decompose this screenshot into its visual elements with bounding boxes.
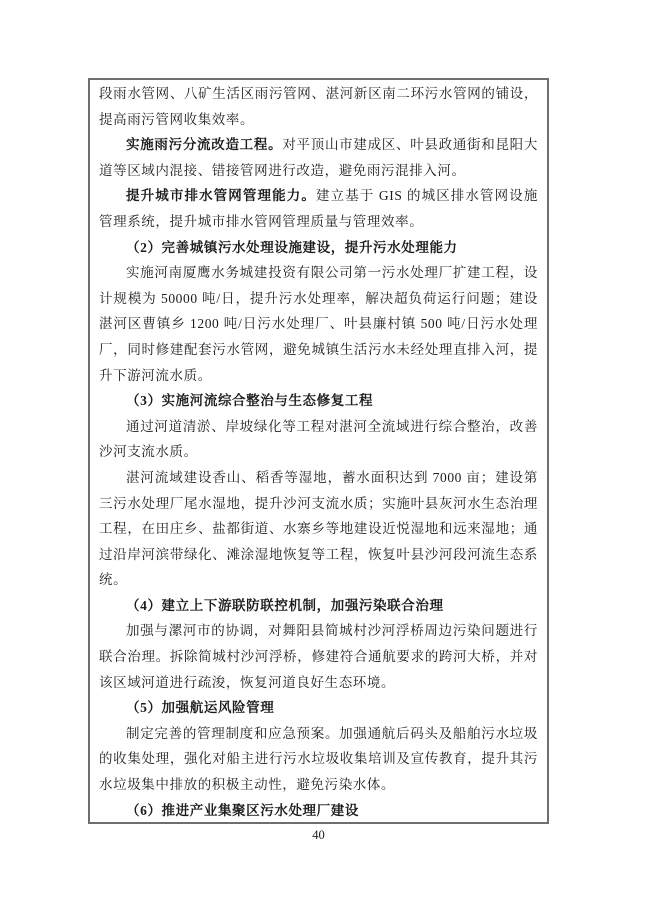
paragraph: 提升城市排水管网管理能力。建立基于 GIS 的城区排水管网设施管理系统，提升城市… bbox=[99, 183, 538, 234]
paragraph-bold-lead: 提升城市排水管网管理能力。 bbox=[126, 188, 316, 203]
section-heading-3: （3）实施河流综合整治与生态修复工程 bbox=[99, 388, 538, 414]
document-table-border: 段雨水管网、八矿生活区雨污管网、湛河新区南二环污水管网的铺设，提高雨污管网收集效… bbox=[88, 78, 549, 824]
section-heading-6: （6）推进产业集聚区污水处理厂建设 bbox=[99, 798, 538, 824]
section-heading-2: （2）完善城镇污水处理设施建设，提升污水处理能力 bbox=[99, 235, 538, 261]
paragraph: 制定完善的管理制度和应急预案。加强通航后码头及船舶污水垃圾的收集处理，强化对船主… bbox=[99, 721, 538, 798]
paragraph: 实施雨污分流改造工程。对平顶山市建成区、叶县政通街和昆阳大道等区域内混接、错接管… bbox=[99, 132, 538, 183]
document-page: 段雨水管网、八矿生活区雨污管网、湛河新区南二环污水管网的铺设，提高雨污管网收集效… bbox=[0, 0, 650, 919]
paragraph: 湛河流域建设香山、稻香等湿地，蓄水面积达到 7000 亩；建设第三污水处理厂尾水… bbox=[99, 465, 538, 593]
page-number: 40 bbox=[88, 828, 549, 843]
paragraph: 加强与漯河市的协调，对舞阳县简城村沙河浮桥周边污染问题进行联合治理。拆除简城村沙… bbox=[99, 618, 538, 695]
paragraph: 叶县产业集聚区内新建 40000 吨/日污水处理厂，解决工业废水进入水体问题。平… bbox=[99, 823, 538, 824]
paragraph-continued: 段雨水管网、八矿生活区雨污管网、湛河新区南二环污水管网的铺设，提高雨污管网收集效… bbox=[99, 81, 538, 132]
paragraph-bold-lead: 实施雨污分流改造工程。 bbox=[126, 137, 282, 152]
paragraph: 通过河道清淤、岸坡绿化等工程对湛河全流域进行综合整治，改善沙河支流水质。 bbox=[99, 414, 538, 465]
section-heading-4: （4）建立上下游联防联控机制，加强污染联合治理 bbox=[99, 593, 538, 619]
paragraph: 实施河南厦鹰水务城建投资有限公司第一污水处理厂扩建工程，设计规模为 50000 … bbox=[99, 260, 538, 388]
section-heading-5: （5）加强航运风险管理 bbox=[99, 695, 538, 721]
